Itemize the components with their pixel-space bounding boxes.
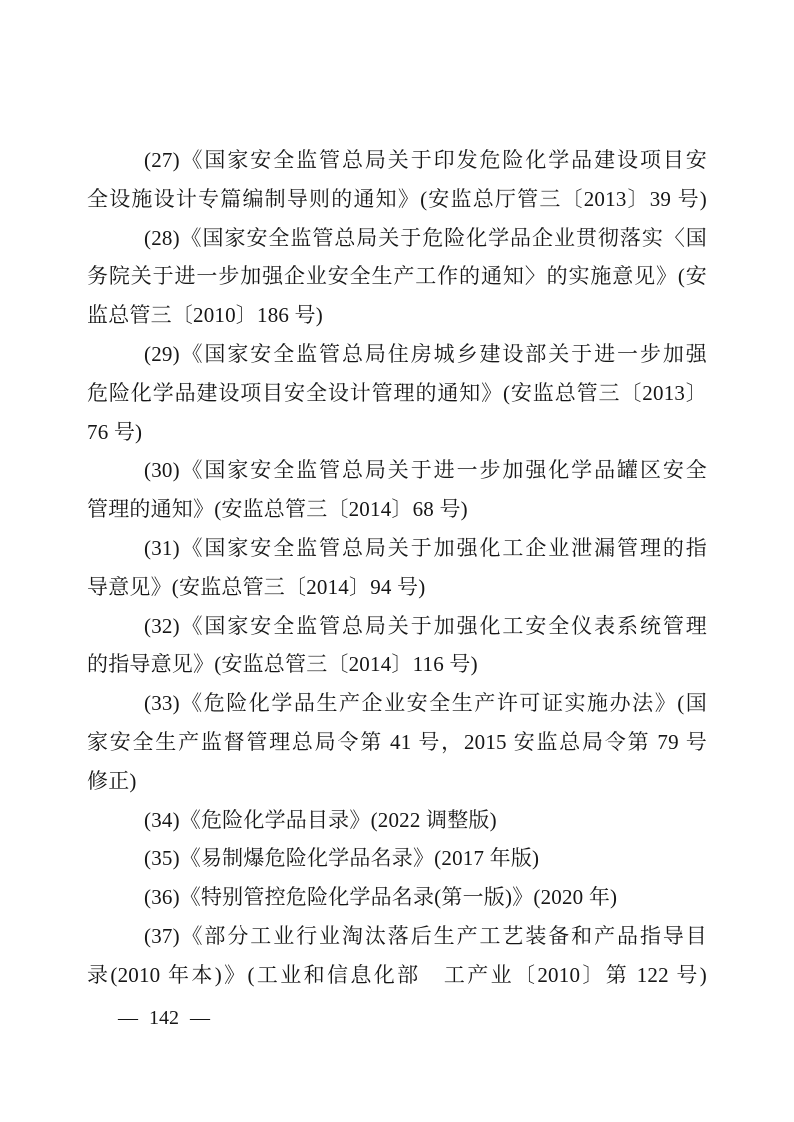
document-line: (27)《国家安全监管总局关于印发危险化学品建设项目安: [87, 141, 707, 180]
page-number: — 142 —: [118, 1003, 210, 1033]
document-line: 危险化学品建设项目安全设计管理的通知》(安监总管三〔2013〕: [87, 374, 707, 413]
regulation-item-34: (34)《危险化学品目录》(2022 调整版): [87, 801, 707, 840]
regulation-item-35: (35)《易制爆危险化学品名录》(2017 年版): [87, 839, 707, 878]
regulation-item-31: (31)《国家安全监管总局关于加强化工企业泄漏管理的指 导意见》(安监总管三〔2…: [87, 529, 707, 607]
regulation-item-37: (37)《部分工业行业淘汰落后生产工艺装备和产品指导目 录(2010 年本)》(…: [87, 917, 707, 995]
document-line: (28)《国家安全监管总局关于危险化学品企业贯彻落实〈国: [87, 219, 707, 258]
regulation-item-27: (27)《国家安全监管总局关于印发危险化学品建设项目安 全设施设计专篇编制导则的…: [87, 141, 707, 219]
document-page: (27)《国家安全监管总局关于印发危险化学品建设项目安 全设施设计专篇编制导则的…: [0, 0, 794, 1122]
document-line: (33)《危险化学品生产企业安全生产许可证实施办法》(国: [87, 684, 707, 723]
document-line: 务院关于进一步加强企业安全生产工作的通知〉的实施意见》(安: [87, 257, 707, 296]
document-line: (34)《危险化学品目录》(2022 调整版): [87, 801, 707, 840]
document-line: 的指导意见》(安监总管三〔2014〕116 号): [87, 645, 707, 684]
document-line: 导意见》(安监总管三〔2014〕94 号): [87, 568, 707, 607]
document-line: 管理的通知》(安监总管三〔2014〕68 号): [87, 490, 707, 529]
regulation-item-36: (36)《特别管控危险化学品名录(第一版)》(2020 年): [87, 878, 707, 917]
regulation-item-29: (29)《国家安全监管总局住房城乡建设部关于进一步加强 危险化学品建设项目安全设…: [87, 335, 707, 451]
document-line: (29)《国家安全监管总局住房城乡建设部关于进一步加强: [87, 335, 707, 374]
regulation-item-30: (30)《国家安全监管总局关于进一步加强化学品罐区安全 管理的通知》(安监总管三…: [87, 451, 707, 529]
regulation-item-32: (32)《国家安全监管总局关于加强化工安全仪表系统管理 的指导意见》(安监总管三…: [87, 607, 707, 685]
document-line: 录(2010 年本)》(工业和信息化部 工产业〔2010〕第 122 号): [87, 956, 707, 995]
document-line: 全设施设计专篇编制导则的通知》(安监总厅管三〔2013〕39 号): [87, 180, 707, 219]
document-line: 76 号): [87, 413, 707, 452]
document-line: (30)《国家安全监管总局关于进一步加强化学品罐区安全: [87, 451, 707, 490]
document-body: (27)《国家安全监管总局关于印发危险化学品建设项目安 全设施设计专篇编制导则的…: [87, 141, 707, 995]
document-line: (31)《国家安全监管总局关于加强化工企业泄漏管理的指: [87, 529, 707, 568]
regulation-item-28: (28)《国家安全监管总局关于危险化学品企业贯彻落实〈国 务院关于进一步加强企业…: [87, 219, 707, 335]
document-line: (32)《国家安全监管总局关于加强化工安全仪表系统管理: [87, 607, 707, 646]
document-line: 监总管三〔2010〕186 号): [87, 296, 707, 335]
document-line: (36)《特别管控危险化学品名录(第一版)》(2020 年): [87, 878, 707, 917]
regulation-item-33: (33)《危险化学品生产企业安全生产许可证实施办法》(国 家安全生产监督管理总局…: [87, 684, 707, 800]
document-line: 家安全生产监督管理总局令第 41 号，2015 安监总局令第 79 号: [87, 723, 707, 762]
document-line: 修正): [87, 762, 707, 801]
document-line: (37)《部分工业行业淘汰落后生产工艺装备和产品指导目: [87, 917, 707, 956]
document-line: (35)《易制爆危险化学品名录》(2017 年版): [87, 839, 707, 878]
